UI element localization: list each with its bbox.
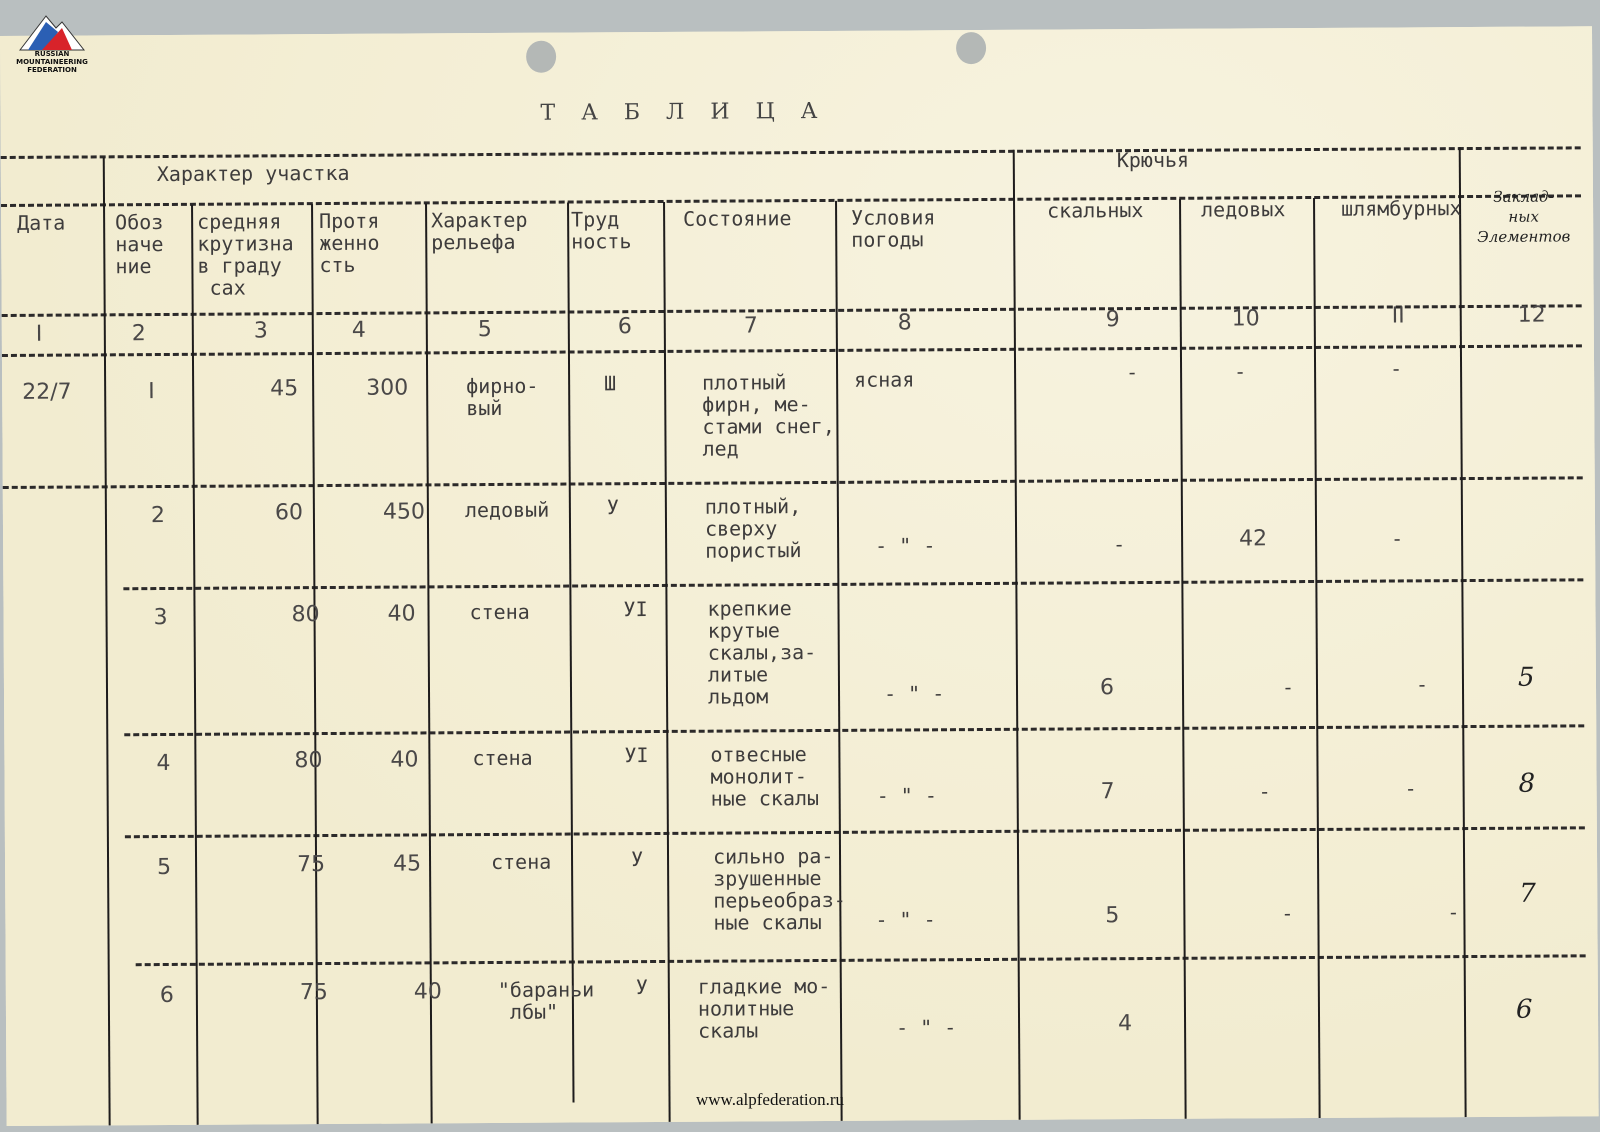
col-header-rock: скальных	[1047, 199, 1143, 222]
row6-weather: - " -	[896, 1016, 956, 1038]
row5-condition: сильно ра- зрушенные перьеобраз- ные ска…	[713, 845, 846, 934]
logo-line-1: RUSSIAN	[6, 50, 98, 58]
row5-mark: 5	[157, 857, 171, 879]
logo-org-name: RUSSIAN MOUNTAINEERING FEDERATION	[6, 50, 98, 74]
row2-bolt: -	[1391, 527, 1403, 549]
row-divider-3	[124, 724, 1584, 736]
col-header-condition: Состояние	[683, 207, 792, 230]
col-sep-9	[1179, 199, 1187, 1119]
row2-mark: 2	[151, 505, 165, 527]
col-num-9: 9	[1106, 309, 1120, 331]
row2-length: 450	[383, 501, 425, 523]
col-num-2: 2	[132, 323, 146, 345]
row3-length: 40	[387, 603, 415, 625]
row4-length: 40	[390, 749, 418, 771]
row4-steepness: 80	[294, 750, 322, 772]
document-title: ТАБЛИЦА	[540, 99, 843, 126]
document-page: ТАБЛИЦА Характер участка Крючья Дата Обо…	[0, 26, 1599, 1126]
col-num-1: I	[36, 324, 43, 346]
group-header-pitons: Крючья	[1117, 149, 1189, 171]
row1-difficulty: Ш	[604, 372, 616, 394]
punch-hole-left	[526, 41, 556, 73]
row4-relief: стена	[472, 747, 532, 769]
row1-bolt: -	[1390, 357, 1402, 379]
row5-difficulty: У	[631, 848, 643, 870]
row5-rock: 5	[1105, 905, 1119, 927]
row5-relief: стена	[491, 851, 551, 873]
col-num-10: 10	[1232, 308, 1260, 330]
col-num-11: II	[1392, 305, 1405, 327]
logo-line-2: MOUNTAINEERING	[6, 58, 98, 66]
row2-ice: 42	[1239, 528, 1267, 550]
row1-rock: -	[1126, 361, 1138, 383]
col-num-8: 8	[898, 312, 912, 334]
row4-mark: 4	[156, 753, 170, 775]
col-num-6: 6	[618, 316, 632, 338]
row1-mark: I	[148, 381, 155, 403]
row1-steepness: 45	[270, 378, 298, 400]
mountain-logo-icon	[6, 6, 98, 54]
colnum-top-divider	[2, 304, 1582, 317]
row5-bolt: -	[1447, 901, 1459, 923]
row1-length: 300	[366, 378, 408, 400]
col-header-ice: ледовых	[1201, 198, 1285, 221]
rmf-logo: RUSSIAN MOUNTAINEERING FEDERATION	[6, 6, 98, 78]
logo-line-3: FEDERATION	[6, 66, 98, 74]
row1-condition: плотный фирн, ме- стами снег, лед	[702, 371, 835, 460]
row1-date: 22/7	[22, 382, 72, 404]
row3-rock: 6	[1100, 677, 1114, 699]
punch-hole-right	[956, 32, 986, 64]
group-header-character: Характер участка	[157, 162, 350, 185]
col-num-3: 3	[254, 320, 268, 342]
col-header-steepness: средняя крутизна в граду сах	[197, 210, 294, 299]
row3-ice: -	[1282, 676, 1294, 698]
site-watermark: www.alpfederation.ru	[696, 1090, 844, 1110]
col-sep-5	[567, 203, 574, 1103]
row2-rock: -	[1113, 533, 1125, 555]
row3-mark: 3	[153, 607, 167, 629]
row5-steepness: 75	[297, 854, 325, 876]
row6-chocks: 6	[1516, 999, 1533, 1021]
table-top-border	[1, 146, 1581, 159]
row5-chocks: 7	[1519, 883, 1536, 905]
col-sep-11	[1459, 147, 1467, 1117]
col-header-difficulty: Труд ность	[571, 208, 631, 252]
row2-relief: ледовый	[465, 499, 549, 522]
col-header-date: Дата	[17, 212, 65, 234]
col-num-4: 4	[352, 320, 366, 342]
colnum-bottom-divider	[2, 344, 1582, 357]
col-header-mark: Обоз наче ние	[115, 211, 164, 277]
row3-difficulty: УI	[623, 598, 647, 620]
col-header-bolt: шлямбурных	[1341, 197, 1462, 220]
col-num-5: 5	[478, 319, 492, 341]
row5-weather: - " -	[875, 908, 935, 930]
row3-condition: крепкие крутые скалы,за- литые льдом	[707, 597, 816, 708]
row4-chocks: 8	[1519, 773, 1536, 795]
col-sep-1	[103, 157, 111, 1125]
row6-relief: "бараньи лбы"	[498, 978, 595, 1023]
row3-weather: - " -	[884, 682, 944, 704]
row2-condition: плотный, сверху пористый	[705, 495, 802, 562]
row2-weather: - " -	[875, 534, 935, 556]
row4-weather: - " -	[877, 784, 937, 806]
row6-mark: 6	[160, 985, 174, 1007]
row-divider-1	[3, 476, 1583, 489]
row6-steepness: 75	[300, 982, 328, 1004]
row3-relief: стена	[469, 601, 529, 623]
row6-length: 40	[414, 981, 442, 1003]
col-sep-6	[663, 202, 671, 1122]
row1-relief: фирно- вый	[466, 375, 539, 419]
row-divider-2	[123, 578, 1583, 590]
row6-condition: гладкие мо- нолитные скалы	[698, 975, 831, 1042]
col-num-7: 7	[744, 315, 758, 337]
row2-steepness: 60	[275, 502, 303, 524]
row6-rock: 4	[1118, 1013, 1132, 1035]
col-sep-2	[191, 205, 199, 1125]
row5-length: 45	[393, 853, 421, 875]
row4-ice: -	[1259, 780, 1271, 802]
row4-bolt: -	[1405, 777, 1417, 799]
row1-weather: ясная	[854, 368, 914, 390]
row4-condition: отвесные монолит- ные скалы	[710, 743, 819, 810]
col-sep-7	[835, 201, 843, 1121]
row3-bolt: -	[1416, 673, 1428, 695]
col-sep-8	[1013, 150, 1021, 1120]
col-sep-10	[1313, 198, 1321, 1118]
row1-ice: -	[1234, 360, 1246, 382]
row5-ice: -	[1281, 902, 1293, 924]
row3-chocks: 5	[1518, 667, 1535, 689]
row4-difficulty: УI	[624, 744, 648, 766]
col-header-relief: Характер рельефа	[431, 209, 528, 254]
row-divider-4	[125, 826, 1585, 838]
col-header-weather: Условия погоды	[851, 206, 936, 251]
row3-steepness: 80	[291, 604, 319, 626]
row-divider-5	[136, 954, 1586, 966]
row6-difficulty: У	[636, 976, 648, 998]
col-num-12: 12	[1518, 305, 1546, 327]
row2-difficulty: У	[607, 496, 619, 518]
col-header-chocks: Заклад- ных Элементов	[1477, 186, 1570, 247]
row4-rock: 7	[1101, 781, 1115, 803]
col-header-length: Протя женно сть	[319, 210, 380, 276]
